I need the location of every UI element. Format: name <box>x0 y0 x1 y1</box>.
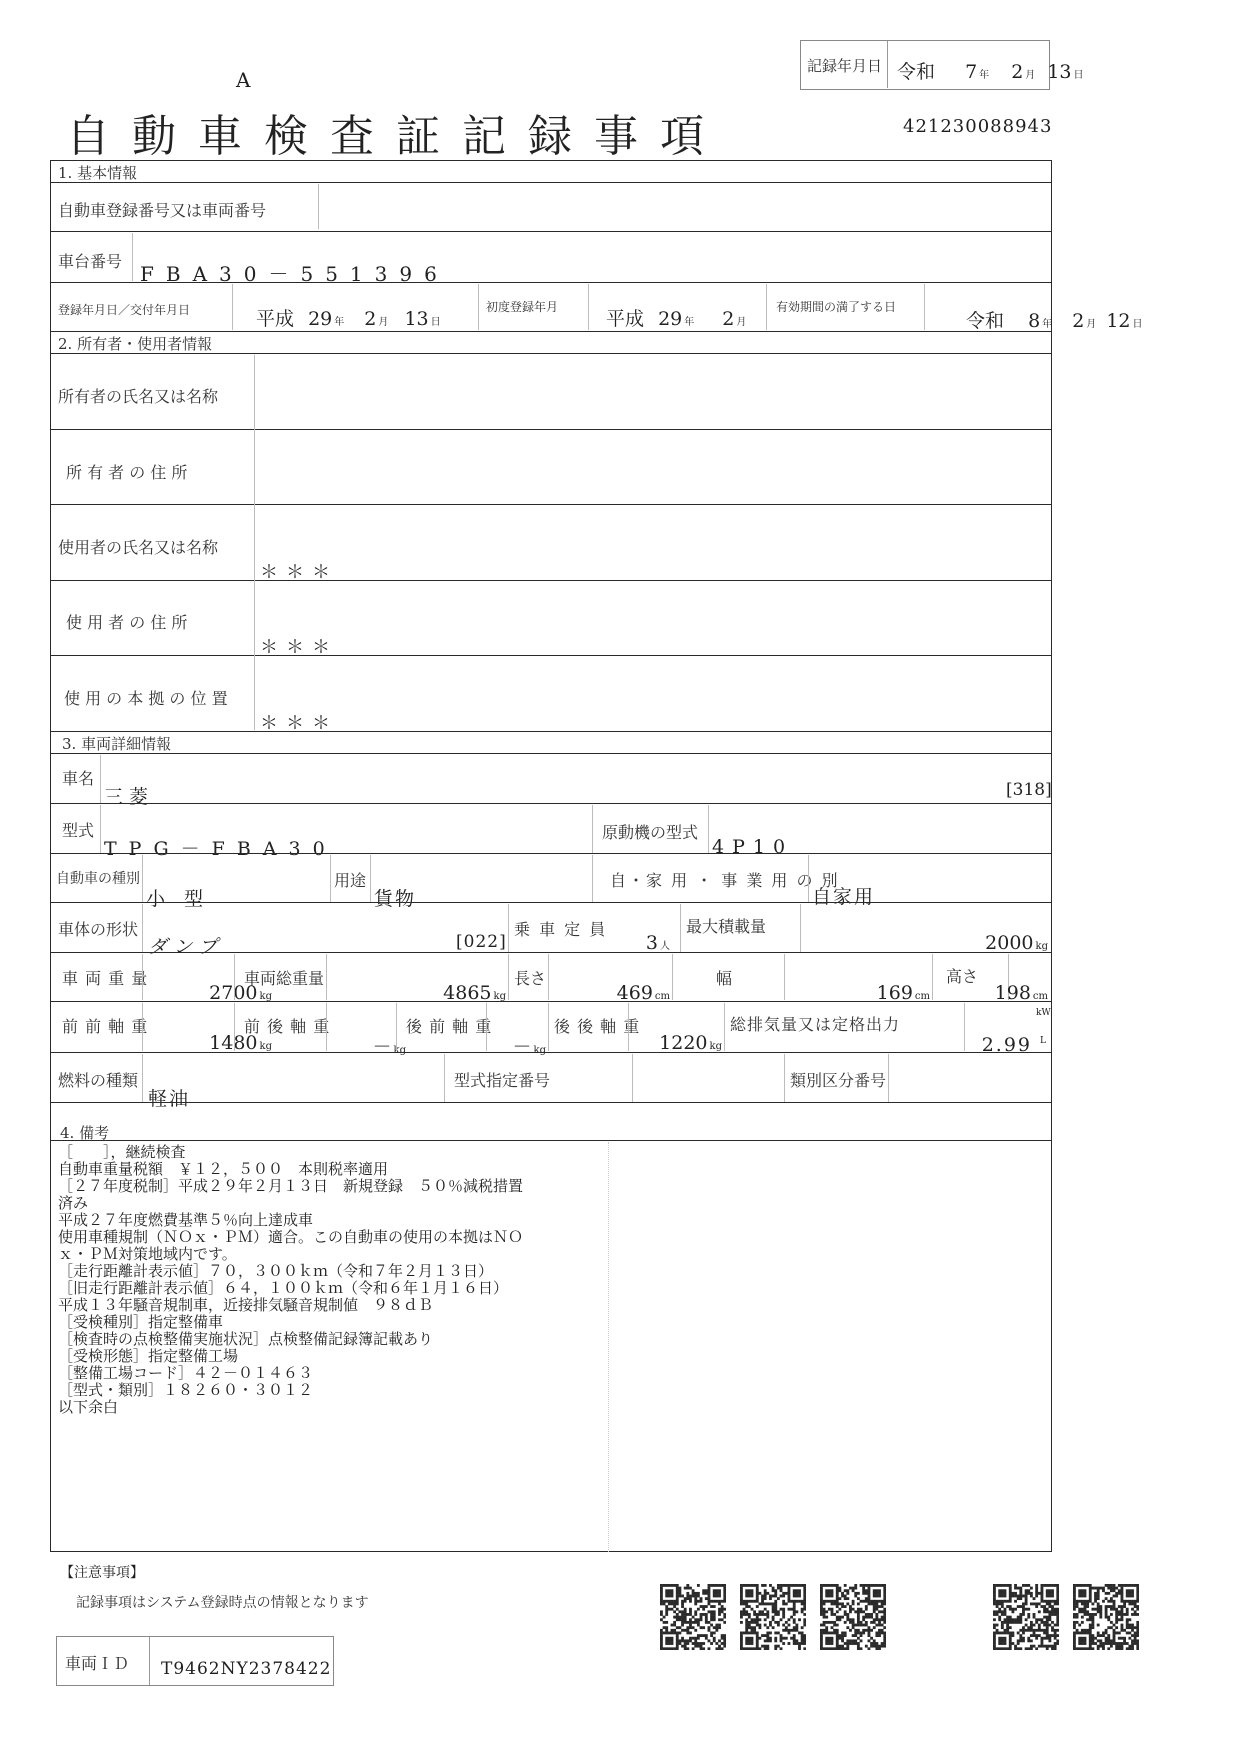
expiry-date-label: 有効期間の満了する日 <box>776 298 896 315</box>
displacement-unit-l: L <box>1040 1036 1046 1046</box>
displacement-label: 総排気量又は定格出力 <box>730 1012 900 1035</box>
body-shape-label: 車体の形状 <box>58 917 138 940</box>
corner-mark: A <box>236 68 250 92</box>
vehicle-id-value: T9462NY2378422 <box>161 1659 331 1679</box>
fuel-label: 燃料の種類 <box>58 1068 138 1091</box>
owner-address-label: 所 有 者 の 住 所 <box>66 460 187 483</box>
usage-label: 用途 <box>334 868 366 891</box>
section-basic-info-heading: 1. 基本情報 <box>58 162 137 183</box>
vehicle-class-label: 自動車の種別 <box>56 868 140 888</box>
rf-axle-value: －kg <box>500 1032 546 1059</box>
usage-value: 貨物 <box>374 884 416 911</box>
vehicle-id-box: 車両ＩＤ T9462NY2378422 <box>56 1636 334 1686</box>
length-label: 長さ <box>514 966 546 989</box>
user-name-label: 使用者の氏名又は名称 <box>58 535 218 558</box>
owner-name-label: 所有者の氏名又は名称 <box>58 384 218 407</box>
section-vehicle-detail-heading: 3. 車両詳細情報 <box>62 733 171 754</box>
qr-code-2 <box>740 1584 806 1650</box>
base-location-label: 使 用 の 本 拠 の 位 置 <box>64 686 228 709</box>
fr-axle-label: 前 後 軸 重 <box>244 1014 330 1037</box>
qr-code-1 <box>660 1584 726 1650</box>
body-shape-value: ダンプ <box>148 932 223 959</box>
private-business-value: 自家用 <box>812 882 875 909</box>
qr-code-3 <box>820 1584 886 1650</box>
notes-text: 記録事項はシステム登録時点の情報となります <box>76 1592 369 1612</box>
max-load-label: 最大積載量 <box>686 914 766 937</box>
first-registration-label: 初度登録年月 <box>486 298 558 315</box>
page-title: 自動車検査証記録事項 <box>66 100 726 164</box>
vehicle-name-code: [318] <box>1006 780 1052 800</box>
height-label: 高さ <box>946 964 978 987</box>
engine-model-label: 原動機の型式 <box>602 820 698 843</box>
capacity-label: 乗 車 定 員 <box>514 917 607 940</box>
record-date-box: 記録年月日 令和 7年 2月 13日 <box>800 40 1050 90</box>
gross-weight-label: 車両総重量 <box>244 966 324 989</box>
vehicle-weight-label: 車 両 重 量 <box>62 966 148 989</box>
remarks-text: ［ ］，継続検査 自動車重量税額 ￥１２，５００ 本則税率適用 ［２７年度税制］… <box>58 1144 523 1416</box>
vehicle-class-value: 小 型 <box>146 884 203 911</box>
document-number: 421230088943 <box>903 116 1052 137</box>
vehicle-name-value: 三菱 <box>104 782 154 809</box>
max-load-value: 2000kg <box>940 932 1048 954</box>
chassis-number-label: 車台番号 <box>58 249 122 272</box>
width-label: 幅 <box>716 966 732 989</box>
model-label: 型式 <box>62 818 94 841</box>
notes-heading: 【注意事項】 <box>60 1562 144 1582</box>
category-number-label: 類別区分番号 <box>790 1068 886 1091</box>
fuel-value: 軽油 <box>148 1084 190 1111</box>
vehicle-id-label: 車両ＩＤ <box>65 1651 129 1674</box>
capacity-value: 3人 <box>626 932 670 954</box>
displacement-unit-kw: kW <box>1036 1008 1051 1018</box>
qr-code-5 <box>1073 1584 1139 1650</box>
model-value: TPG－FBA30 <box>104 834 337 861</box>
registration-date-value: 平成 29年 2月 13日 <box>256 304 441 331</box>
rf-axle-label: 後 前 軸 重 <box>406 1014 492 1037</box>
expiry-date-value: 令和 8年 2月 12日 <box>966 306 1143 333</box>
engine-model-value: 4P10 <box>712 836 793 858</box>
type-designation-label: 型式指定番号 <box>454 1068 550 1091</box>
body-shape-code: [022] <box>456 932 507 952</box>
registration-number-label: 自動車登録番号又は車両番号 <box>58 198 266 221</box>
first-registration-value: 平成 29年 2月 <box>606 304 746 331</box>
rr-axle-value: 1220kg <box>640 1032 722 1054</box>
record-date-label: 記録年月日 <box>807 55 882 76</box>
section-owner-user-heading: 2. 所有者・使用者情報 <box>58 333 212 354</box>
registration-date-label: 登録年月日／交付年月日 <box>58 301 190 318</box>
ff-axle-label: 前 前 軸 重 <box>62 1014 148 1037</box>
vehicle-name-label: 車名 <box>62 766 94 789</box>
fr-axle-value: －kg <box>360 1032 406 1059</box>
user-address-label: 使 用 者 の 住 所 <box>66 610 187 633</box>
private-business-label: 自・家 用 ・ 事 業 用 の 別 <box>610 868 840 891</box>
qr-code-4 <box>993 1584 1059 1650</box>
record-date-value: 令和 7年 2月 13日 <box>897 57 1084 84</box>
